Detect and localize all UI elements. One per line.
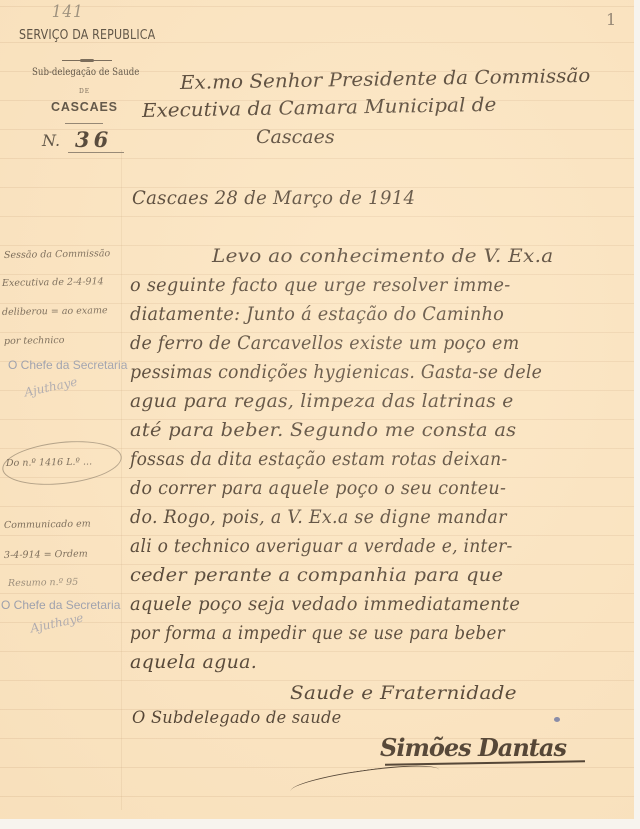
number-value: 36 <box>75 127 112 152</box>
ink-blot <box>554 717 560 722</box>
margin-note: Communicado em <box>4 518 91 531</box>
letterhead-ornament <box>62 60 112 61</box>
body-line: até para beber. Segundo me consta as <box>130 419 516 441</box>
body-line: de ferro de Carcavellos existe um poço e… <box>130 332 520 354</box>
margin-rule <box>121 150 122 810</box>
secretary-stamp: O Chefe da Secretaria <box>8 358 127 372</box>
secretary-stamp: O Chefe da Secretaria <box>1 598 120 612</box>
body-line: aquele poço seja vedado immediatamente <box>130 593 520 615</box>
letterhead-place: CASCAES <box>51 100 118 114</box>
margin-note: Sessão da Commissão <box>4 248 110 261</box>
margin-note: deliberou = ao exame <box>2 305 108 318</box>
margin-note: Executiva de 2-4-914 <box>2 276 104 289</box>
body-line: Levo ao conhecimento de V. Ex.a <box>212 245 553 267</box>
address-line: Ex.mo Senhor Presidente da Commissão <box>180 65 591 94</box>
letterhead-title: SERVIÇO DA REPUBLICA <box>19 27 155 43</box>
body-line: pessimas condições hygienicas. Gasta-se … <box>130 361 542 383</box>
stamp-signature: Ajuthaye <box>29 611 84 636</box>
body-line: o seguinte facto que urge resolver imme- <box>130 274 511 296</box>
stamp-signature: Ajuthaye <box>23 375 78 400</box>
closing-line: Saude e Fraternidade <box>290 682 517 704</box>
number-label: N. <box>42 131 60 150</box>
body-line: do. Rogo, pois, a V. Ex.a se digne manda… <box>130 506 507 528</box>
margin-reference: Do n.º 1416 L.º ... <box>6 456 92 469</box>
letterhead-divider <box>65 123 103 124</box>
margin-note: por technico <box>4 335 65 347</box>
body-line: ali o technico averiguar a verdade e, in… <box>130 535 513 557</box>
letter-page: 141 SERVIÇO DA REPUBLICA Sub-delegação d… <box>0 0 634 819</box>
body-line: fossas da dita estação estam rotas deixa… <box>130 448 507 470</box>
margin-note: Resumo n.º 95 <box>8 577 78 589</box>
date-line: Cascaes 28 de Março de 1914 <box>132 187 415 209</box>
body-line: aquela agua. <box>130 651 257 673</box>
number-underline <box>68 152 124 153</box>
body-line: por forma a impedir que se use para bebe… <box>130 622 505 644</box>
page-mark: 1 <box>606 10 616 29</box>
margin-note: 3-4-914 = Ordem <box>4 549 88 561</box>
body-line: diatamente: Junto á estação do Caminho <box>130 303 504 325</box>
signature: Simões Dantas <box>380 733 566 762</box>
letterhead-connector: DE <box>79 88 90 95</box>
signature-flourish <box>289 760 440 802</box>
signatory-title: O Subdelegado de saude <box>132 708 341 728</box>
body-line: do correr para aquele poço o seu conteu- <box>130 477 506 499</box>
address-line: Executiva da Camara Municipal de <box>142 94 497 122</box>
body-line: ceder perante a companhia para que <box>130 564 503 586</box>
letterhead-subtitle: Sub-delegação de Saude <box>32 66 139 78</box>
body-line: agua para regas, limpeza das latrinas e <box>130 390 514 412</box>
address-line: Cascaes <box>256 126 335 148</box>
archive-number: 141 <box>52 2 84 22</box>
